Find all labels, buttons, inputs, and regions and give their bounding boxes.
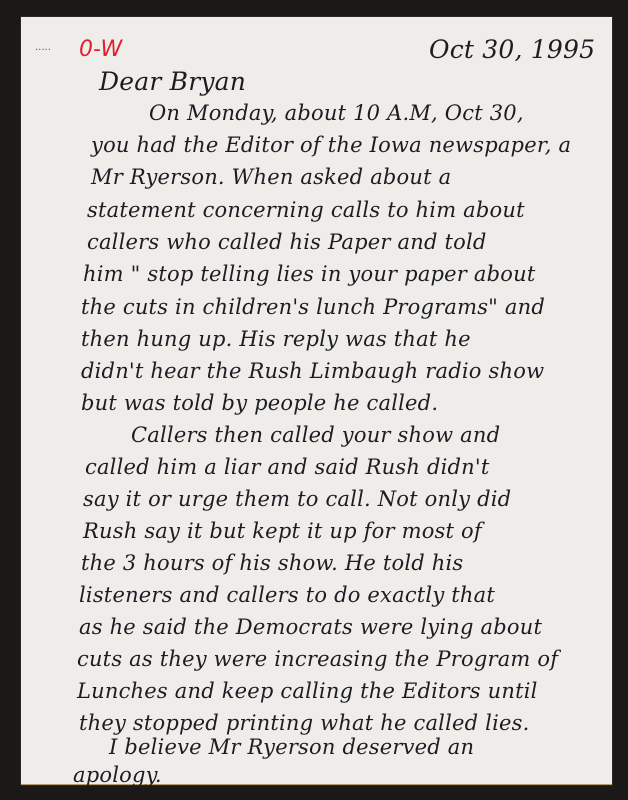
salutation: Dear Bryan [99, 67, 246, 96]
letter-line: Mr Ryerson. When asked about a [91, 165, 451, 189]
letter-line: listeners and callers to do exactly that [79, 583, 495, 607]
letter-line: you had the Editor of the Iowa newspaper… [91, 133, 571, 157]
letter-line: apology. [73, 763, 162, 787]
letter-line: but was told by people he called. [81, 391, 438, 415]
letter-line: him " stop telling lies in your paper ab… [83, 262, 536, 286]
letter-paper: ····· 0-W Oct 30, 1995 Dear Bryan On Mon… [21, 17, 612, 785]
letter-line: On Monday, about 10 A.M, Oct 30, [149, 101, 524, 125]
letter-line: Callers then called your show and [131, 423, 500, 447]
letter-line: statement concerning calls to him about [87, 198, 525, 222]
letter-line: callers who called his Paper and told [87, 230, 487, 254]
letter-line: they stopped printing what he called lie… [79, 711, 529, 735]
letter-line: then hung up. His reply was that he [81, 327, 471, 351]
letter-line: the 3 hours of his show. He told his [81, 551, 463, 575]
letter-line: as he said the Democrats were lying abou… [79, 615, 542, 639]
letter-line: Lunches and keep calling the Editors unt… [77, 679, 538, 703]
letter-line: didn't hear the Rush Limbaugh radio show [81, 359, 544, 383]
letter-line: say it or urge them to call. Not only di… [83, 487, 511, 511]
red-margin-mark: 0-W [79, 37, 122, 62]
letter-line: I believe Mr Ryerson deserved an [109, 735, 474, 759]
letter-line: called him a liar and said Rush didn't [85, 455, 490, 479]
letter-date: Oct 30, 1995 [429, 35, 595, 64]
corner-dots: ····· [35, 45, 51, 56]
letter-line: Rush say it but kept it up for most of [83, 519, 482, 543]
letter-line: cuts as they were increasing the Program… [77, 647, 558, 671]
letter-line: the cuts in children's lunch Programs" a… [81, 295, 545, 319]
